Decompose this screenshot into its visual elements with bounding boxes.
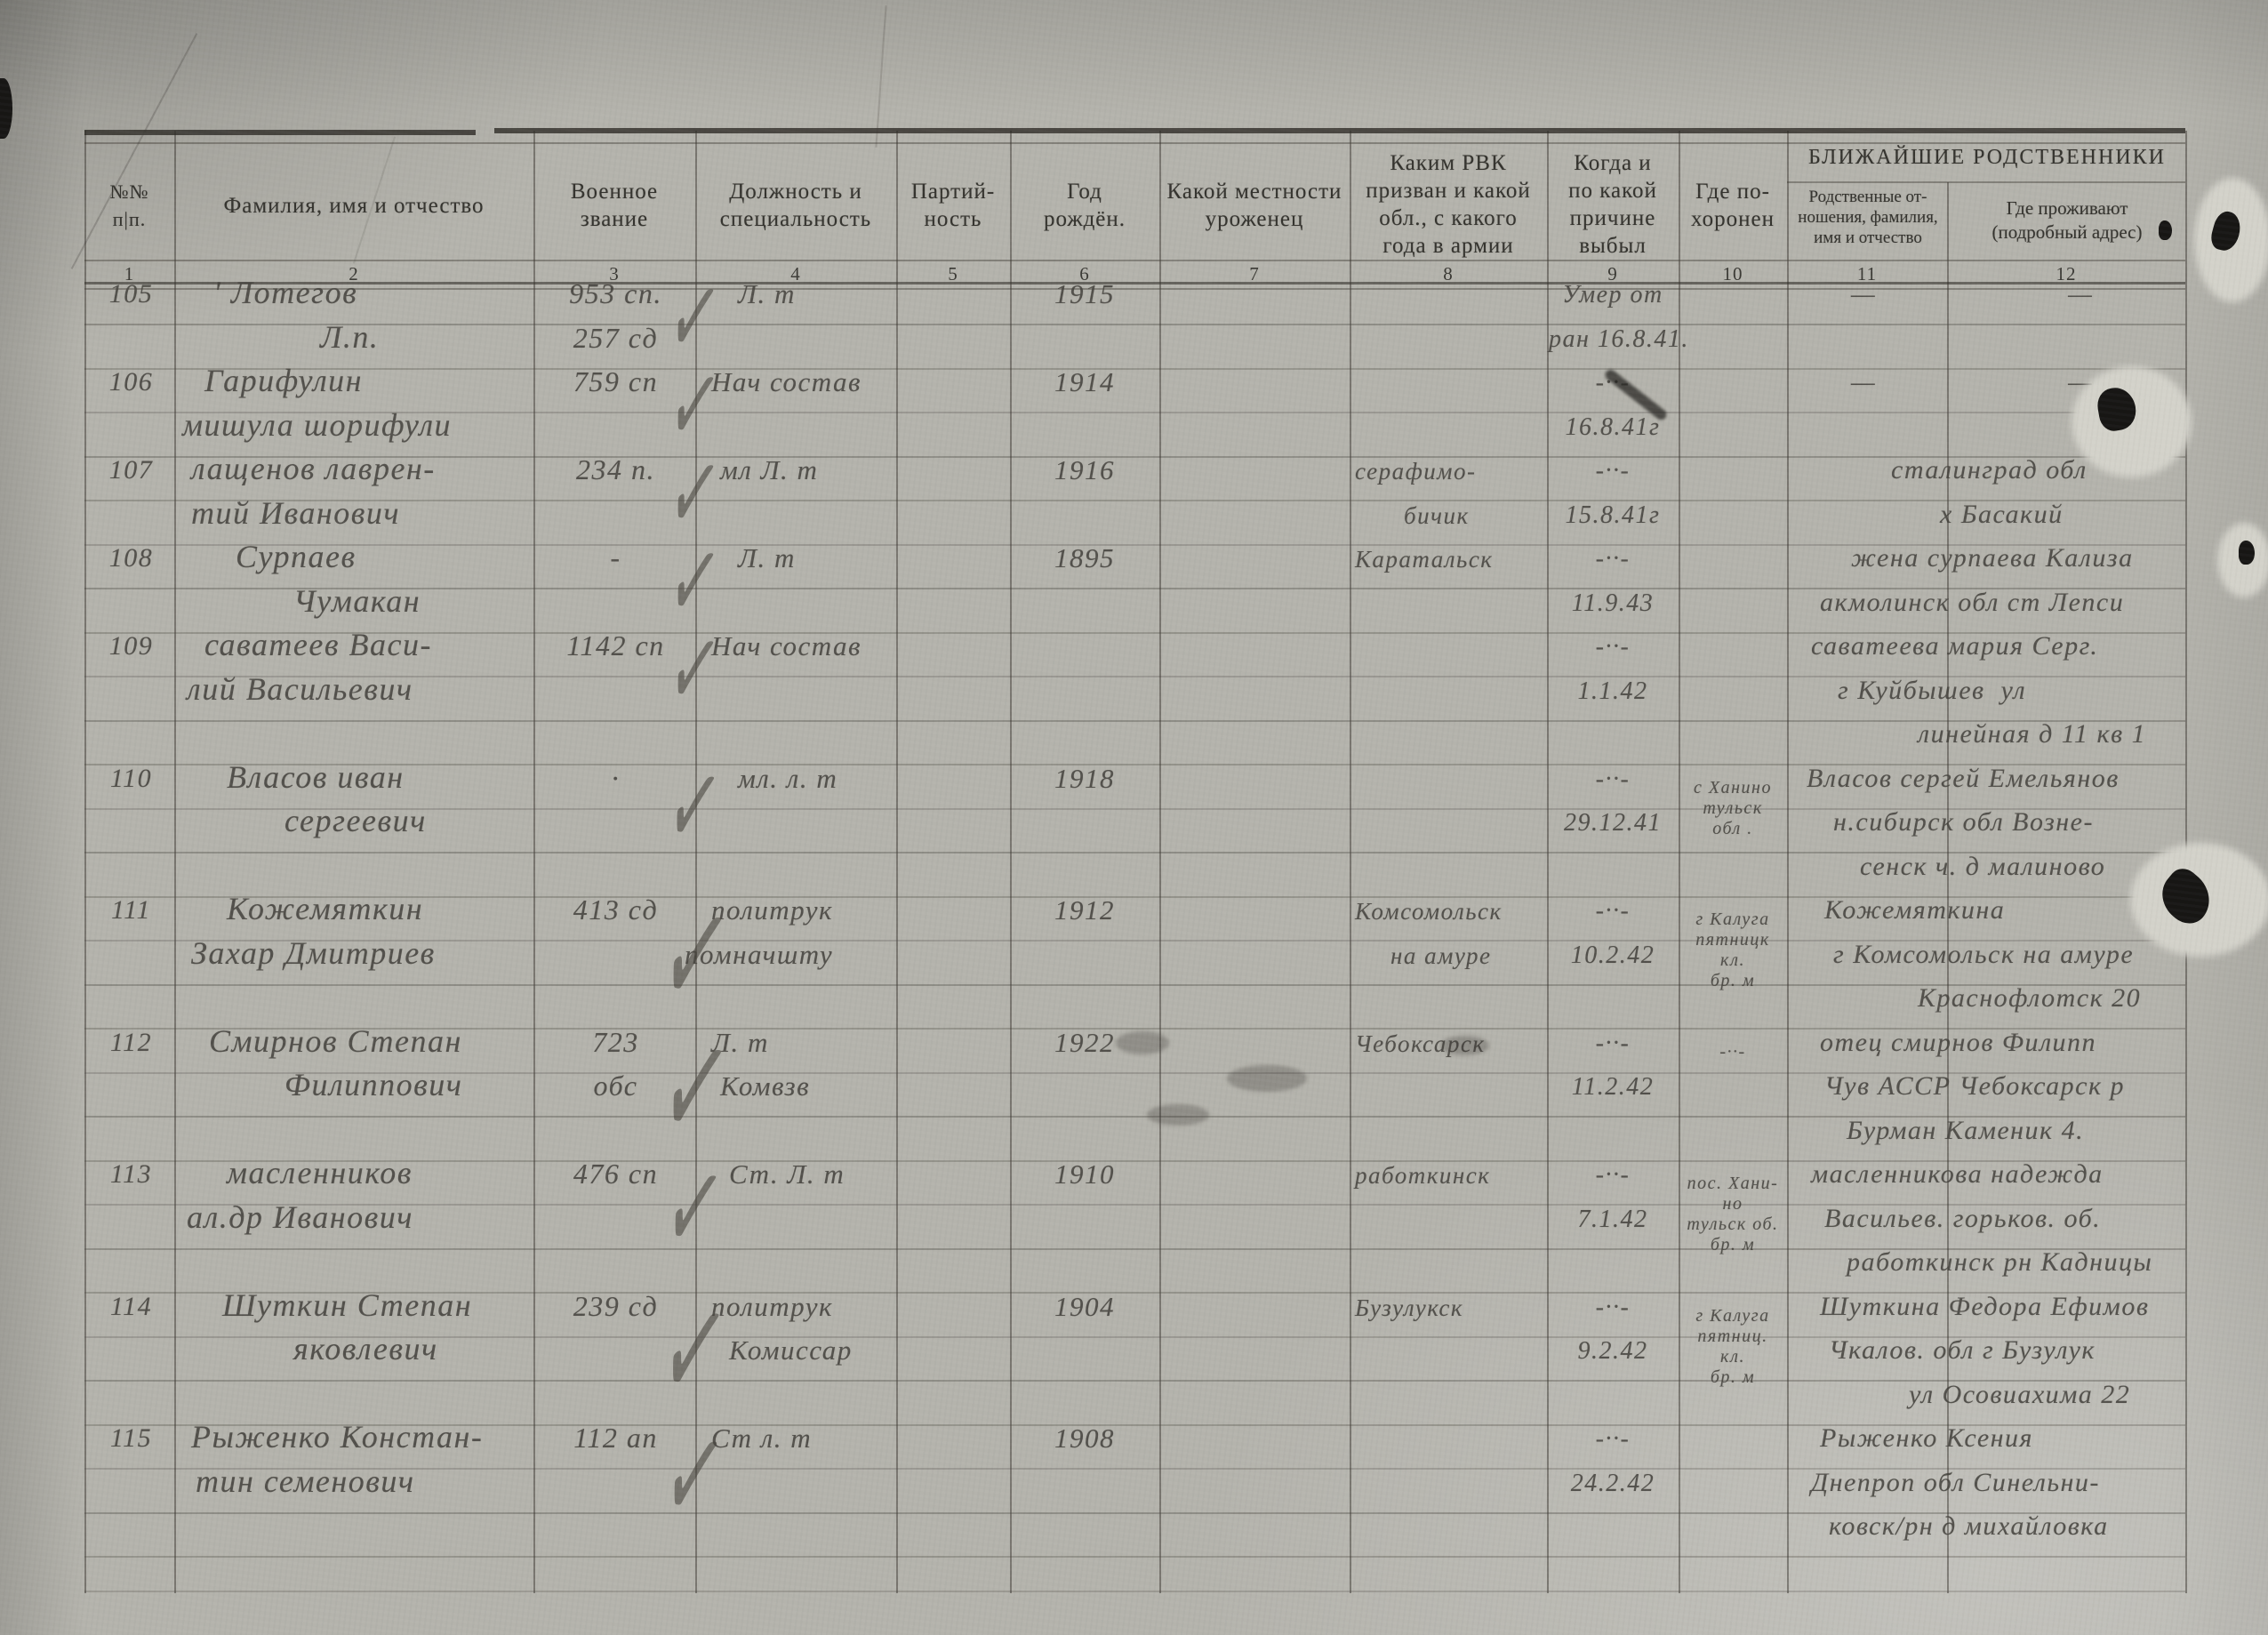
row-112-rank-line-0: Л. т [711, 1027, 898, 1059]
column-header-6: Год рождён. [1010, 178, 1159, 233]
table-top-inner-line [84, 142, 2185, 144]
row-115-kin-line-1: Днепроп обл Синельни- [1811, 1468, 2268, 1498]
row-105-fate-line-0: Умер от [1549, 281, 1677, 309]
column-header-5: Партий- ность [896, 178, 1010, 233]
row-110-number: 110 [89, 764, 173, 794]
row-106-born-line-0: 1914 [1014, 366, 1156, 398]
row-113-fate-line-0: -··- [1549, 1161, 1677, 1190]
row-108-rvk-line-0: Каратальск [1355, 546, 1545, 573]
row-114-rank-line-1: Комиссар [729, 1334, 916, 1367]
rule-line [84, 1248, 2185, 1250]
pencil-speck-4 [1440, 1036, 1489, 1055]
row-114-rvk-line-0: Бузулукск [1355, 1294, 1545, 1322]
rule-line [84, 368, 2185, 370]
rule-line [84, 588, 2185, 589]
kin-subheader-address: Где проживают (подробный адрес) [1949, 196, 2185, 244]
row-106-rank-line-0: Нач состав [711, 366, 898, 398]
rule-line [84, 764, 2185, 765]
rule-line [84, 1591, 2185, 1592]
rule-line [84, 984, 2185, 986]
rule-line [84, 940, 2185, 942]
row-112-number: 112 [89, 1028, 173, 1058]
row-108-kin-line-0: жена сурпаева Кализа [1851, 543, 2268, 573]
row-111-rank-line-0: политрук [711, 894, 898, 926]
pencil-speck-3 [1147, 1104, 1209, 1126]
rule-line [84, 412, 2185, 413]
rule-line [84, 1028, 2185, 1030]
row-108-rank-line-0: Л. т [738, 542, 925, 574]
row-105-name-line-0: ' Лотегов [213, 274, 569, 311]
row-113-kin-line-0: масленникова надежда [1811, 1159, 2268, 1190]
column-number-10: 10 [1679, 263, 1787, 285]
row-107-fate-line-0: -··- [1549, 457, 1677, 485]
row-114-kin-line-0: Шуткина Федора Ефимов [1820, 1292, 2268, 1322]
rule-line [84, 1556, 2185, 1558]
table-top-border [494, 128, 2185, 133]
column-border [84, 131, 86, 1593]
rule-line [84, 632, 2185, 634]
checkmark-row-110: ✓ [653, 736, 735, 876]
column-header-7: Какой местности уроженец [1159, 178, 1350, 233]
row-108-fate-line-1: 11.9.43 [1549, 589, 1677, 618]
row-114-buried: г Калуга пятниц. кл. бр. м [1682, 1306, 1783, 1388]
row-115-fate-line-1: 24.2.42 [1549, 1470, 1677, 1498]
row-113-rank-line-0: Ст. Л. т [729, 1158, 916, 1190]
column-number-7: 7 [1159, 263, 1350, 285]
kin-group-underline [1787, 181, 2185, 183]
row-113-number: 113 [89, 1159, 173, 1190]
column-border [1350, 131, 1351, 1593]
row-115-kin-line-2: ковск/рн д михайловка [1829, 1511, 2268, 1542]
column-header-4: Должность и специальность [695, 178, 896, 233]
row-111-kin-line-2: Краснофлотск 20 [1918, 983, 2268, 1014]
column-header-2: Фамилия, имя и отчество [174, 192, 533, 220]
column-border [1159, 131, 1161, 1593]
row-111-number: 111 [89, 895, 173, 926]
row-108-kin-line-1: акмолинск обл ст Лепси [1820, 588, 2268, 618]
row-110-fate-line-1: 29.12.41 [1549, 809, 1677, 838]
kin-group-title: БЛИЖАЙШИЕ РОДСТВЕННИКИ [1789, 145, 2185, 170]
row-110-rank-line-0: мл. л. т [738, 763, 925, 795]
row-112-fate-line-1: 11.2.42 [1549, 1073, 1677, 1102]
row-106-number: 106 [89, 367, 173, 397]
rule-line [84, 852, 2185, 854]
column-header-9: Когда и по какой причине выбыл [1547, 149, 1679, 260]
row-107-kin-line-0: сталинград обл [1891, 455, 2268, 485]
column-header-3: Военное звание [533, 178, 695, 233]
row-114-born-line-0: 1904 [1014, 1291, 1156, 1323]
row-112-fate-line-0: -··- [1549, 1030, 1677, 1058]
rule-line [84, 1072, 2185, 1074]
row-111-fate-line-1: 10.2.42 [1549, 942, 1677, 970]
scratch-mark-top-left [71, 33, 198, 269]
rule-line [84, 1512, 2185, 1514]
kin-subheader-relations: Родственные от- ношения, фамилия, имя и … [1789, 187, 1947, 248]
rule-line [84, 1292, 2185, 1294]
row-107-kin-line-1: х Басакий [1940, 500, 2268, 530]
rule-line [84, 1116, 2185, 1118]
rule-line [84, 720, 2185, 722]
pencil-speck-2 [1227, 1065, 1307, 1092]
rule-line [84, 896, 2185, 898]
row-111-fate-line-0: -··- [1549, 897, 1677, 926]
row-112-kin-line-2: Бурман Каменик 4. [1847, 1116, 2268, 1146]
row-115-number: 115 [89, 1423, 173, 1454]
row-114-number: 114 [89, 1292, 173, 1322]
row-114-fate-line-1: 9.2.42 [1549, 1337, 1677, 1366]
row-111-born-line-0: 1912 [1014, 894, 1156, 926]
row-109-kin-line-1: г Куйбышев ул [1838, 676, 2268, 706]
row-114-kin-line-1: Чкалов. обл г Бузулук [1829, 1335, 2268, 1366]
row-115-kin-line-0: Рыженко Ксения [1820, 1423, 2268, 1454]
row-107-rank-line-0: мл Л. т [720, 454, 907, 486]
paper-hole-top-right-small [2159, 220, 2172, 240]
row-114-fate-line-0: -··- [1549, 1294, 1677, 1322]
row-113-kin-line-2: работкинск рн Кадницы [1847, 1247, 2268, 1278]
row-108-fate-line-0: -··- [1549, 545, 1677, 573]
row-111-rvk-line-0: Комсомольск [1355, 898, 1545, 926]
row-110-kin-line-1: н.сибирск обл Возне- [1833, 807, 2268, 838]
column-border [174, 131, 176, 1593]
column-number-8: 8 [1350, 263, 1547, 285]
column-border [1010, 131, 1012, 1593]
row-115-fate-line-0: -··- [1549, 1425, 1677, 1454]
row-109-kin-line-2: линейная д 11 кв 1 [1918, 719, 2268, 749]
row-108-number: 108 [89, 543, 173, 573]
column-header-8: Каким РВК призван и какой обл., с какого… [1350, 149, 1547, 260]
row-113-rvk-line-0: работкинск [1355, 1162, 1545, 1190]
rule-line [84, 456, 2185, 458]
scanned-register-page: БЛИЖАЙШИЕ РОДСТВЕННИКИ Родственные от- н… [0, 0, 2268, 1635]
row-109-number: 109 [89, 631, 173, 661]
row-115-rank-line-0: Ст л. т [711, 1423, 898, 1455]
row-109-fate-line-0: -··- [1549, 633, 1677, 661]
row-110-born-line-0: 1918 [1014, 763, 1156, 795]
row-110-fate-line-0: -··- [1549, 765, 1677, 794]
row-112-kin-line-1: Чув АССР Чебоксарск р [1824, 1071, 2268, 1102]
row-114-rank-line-0: политрук [711, 1291, 898, 1323]
rule-line [84, 1468, 2185, 1470]
row-112-kin-line-0: отец смирнов Филипп [1820, 1028, 2268, 1058]
column-header-10: Где по- хоронен [1679, 178, 1787, 233]
row-106-kin-line-0: — — [1851, 367, 2268, 397]
row-113-buried: пос. Хани- но тульск об. бр. м [1682, 1174, 1783, 1255]
scratch-mark-top-center [875, 5, 886, 148]
rule-line [84, 1160, 2185, 1162]
row-109-kin-line-0: саватеева мария Серг. [1811, 631, 2268, 661]
paper-hole-right-edge [2239, 541, 2255, 565]
row-105-rank-line-0: Л. т [738, 278, 925, 310]
rule-line [84, 676, 2185, 677]
row-107-fate-line-1: 15.8.41г [1549, 501, 1677, 530]
row-108-born-line-0: 1895 [1014, 542, 1156, 574]
row-105-number: 105 [89, 279, 173, 309]
rule-line [84, 1336, 2185, 1338]
rule-line [84, 1204, 2185, 1206]
column-border [1787, 131, 1789, 1593]
row-107-rvk-line-0: серафимо- [1355, 458, 1545, 485]
rule-line [84, 544, 2185, 546]
header-bottom-line [84, 260, 2185, 261]
row-109-fate-line-1: 1.1.42 [1549, 677, 1677, 706]
pencil-speck-1 [1116, 1031, 1169, 1054]
row-110-kin-line-0: Власов сергей Емельянов [1807, 764, 2268, 794]
rule-line [84, 1424, 2185, 1426]
row-111-buried: г Калуга пятницк кл. бр. м [1682, 910, 1783, 991]
row-114-kin-line-2: ул Осовиахима 22 [1909, 1380, 2268, 1410]
column-border [896, 131, 898, 1593]
row-109-rank-line-0: Нач состав [711, 630, 898, 662]
rule-line [84, 324, 2185, 325]
row-105-fate-line-1: ран 16.8.41. [1549, 325, 1677, 354]
column-header-1: №№ п|п. [84, 178, 174, 233]
row-112-buried: -··- [1682, 1042, 1783, 1062]
rule-line [84, 500, 2185, 501]
row-107-born-line-0: 1916 [1014, 454, 1156, 486]
rule-line [84, 1380, 2185, 1382]
rule-line [84, 808, 2185, 810]
row-113-kin-line-1: Васильев. горьков. об. [1824, 1204, 2268, 1234]
row-113-fate-line-1: 7.1.42 [1549, 1206, 1677, 1234]
row-112-rank-line-1: Комвзв [720, 1070, 907, 1102]
row-107-number: 107 [89, 455, 173, 485]
row-115-born-line-0: 1908 [1014, 1423, 1156, 1455]
row-113-born-line-0: 1910 [1014, 1158, 1156, 1190]
edge-mark-left [0, 78, 12, 139]
row-105-born-line-0: 1915 [1014, 278, 1156, 310]
